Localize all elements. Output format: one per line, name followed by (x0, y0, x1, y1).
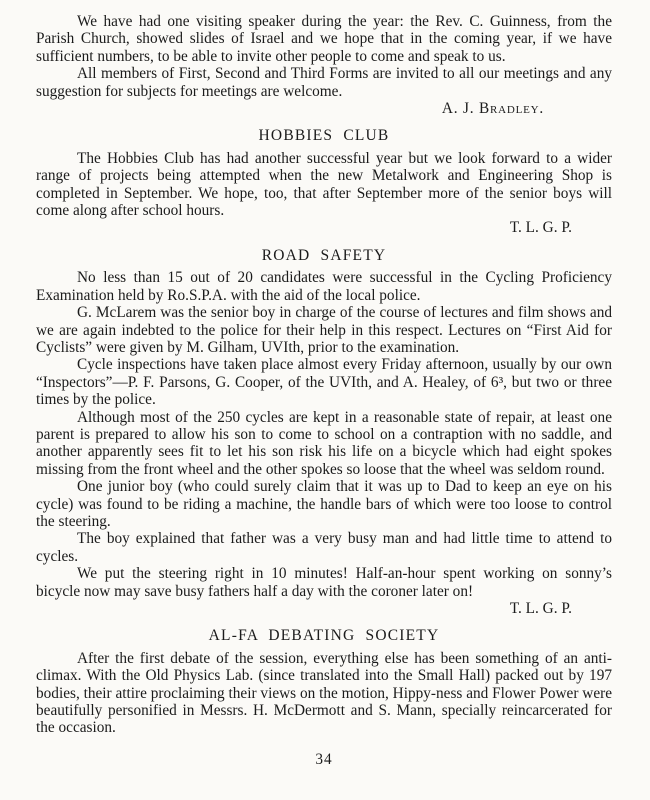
paragraph: We have had one visiting speaker during … (36, 13, 612, 65)
section-al-fa-debating-society: AL-FA DEBATING SOCIETY After the first d… (36, 627, 612, 736)
paragraph: The Hobbies Club has had another success… (36, 150, 612, 220)
section-visiting-speaker: We have had one visiting speaker during … (36, 13, 612, 117)
section-heading: HOBBIES CLUB (36, 127, 612, 144)
paragraph: No less than 15 out of 20 candidates wer… (36, 269, 612, 304)
section-hobbies-club: HOBBIES CLUB The Hobbies Club has had an… (36, 127, 612, 236)
paragraph: All members of First, Second and Third F… (36, 65, 612, 100)
paragraph: The boy explained that father was a very… (36, 530, 612, 565)
section-heading: ROAD SAFETY (36, 247, 612, 264)
document-page: We have had one visiting speaker during … (0, 0, 650, 800)
signature: T. L. G. P. (36, 219, 612, 236)
section-road-safety: ROAD SAFETY No less than 15 out of 20 ca… (36, 247, 612, 618)
paragraph: After the first debate of the session, e… (36, 650, 612, 737)
section-heading: AL-FA DEBATING SOCIETY (36, 627, 612, 644)
paragraph: We put the steering right in 10 minutes!… (36, 565, 612, 600)
signature: T. L. G. P. (36, 600, 612, 617)
paragraph: G. McLarem was the senior boy in charge … (36, 304, 612, 356)
paragraph: One junior boy (who could surely claim t… (36, 478, 612, 530)
paragraph: Cycle inspections have taken place almos… (36, 356, 612, 408)
page-number: 34 (36, 751, 612, 768)
paragraph: Although most of the 250 cycles are kept… (36, 409, 612, 479)
signature: A. J. Bradley. (36, 100, 612, 117)
